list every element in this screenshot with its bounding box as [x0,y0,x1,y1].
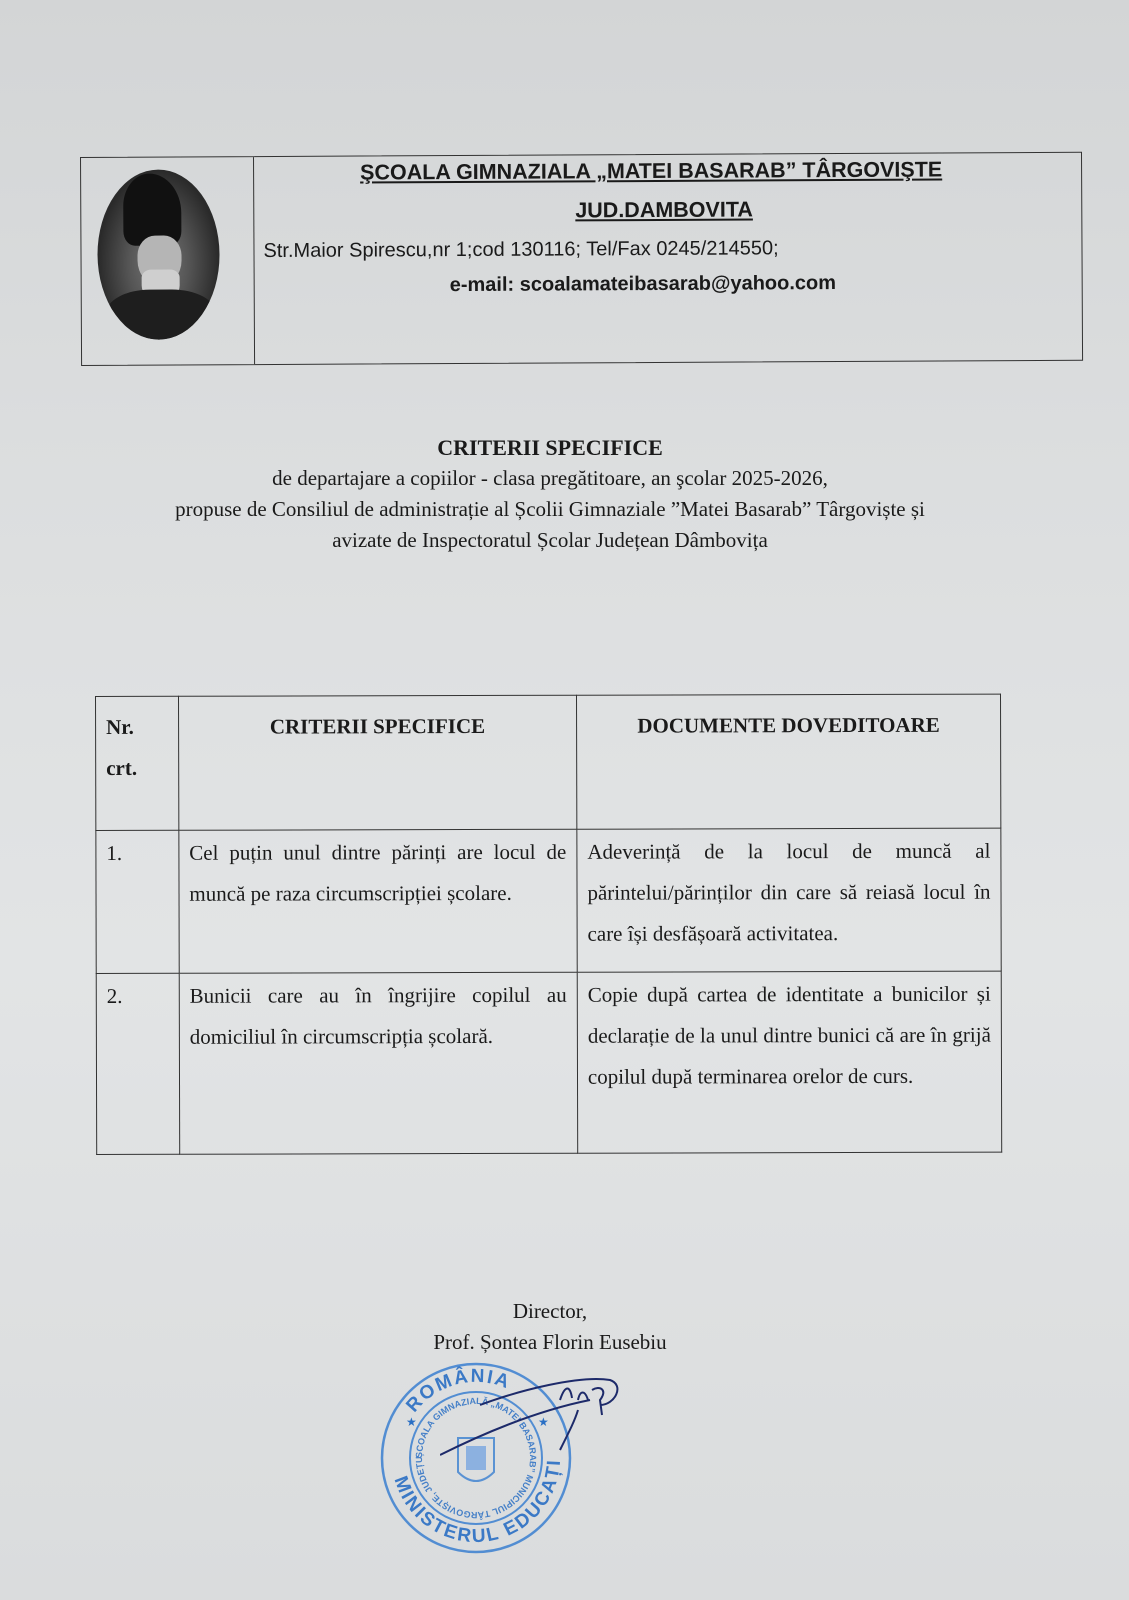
row-criteria: Bunicii care au în îngrijire copilul au … [179,972,578,1154]
letterhead-text: ŞCOALA GIMNAZIALA „MATEI BASARAB” TÂRGOV… [253,153,1082,364]
row-documents: Copie după cartea de identitate a bunici… [577,971,1002,1153]
svg-text:★: ★ [406,1415,417,1429]
title-line-2: propuse de Consiliul de administrație al… [0,494,1100,525]
document-title-block: CRITERII SPECIFICE de departajare a copi… [0,432,1100,556]
signatory-name: Prof. Șontea Florin Eusebiu [0,1327,1100,1358]
title-line-3: avizate de Inspectoratul Școlar Județean… [0,525,1100,556]
column-header-documents: DOCUMENTE DOVEDITOARE [576,694,1000,829]
row-criteria: Cel puțin unul dintre părinți are locul … [179,829,577,973]
document-title: CRITERII SPECIFICE [0,432,1100,463]
table-row: 1. Cel puțin unul dintre părinți are loc… [96,828,1001,973]
title-line-1: de departajare a copiilor - clasa pregăt… [0,463,1100,494]
column-header-nr: Nr. crt. [96,696,179,830]
table-header-row: Nr. crt. CRITERII SPECIFICE DOCUMENTE DO… [96,694,1001,830]
school-letterhead: ŞCOALA GIMNAZIALA „MATEI BASARAB” TÂRGOV… [80,152,1083,366]
signatory-role: Director, [0,1296,1100,1327]
signature-block: Director, Prof. Șontea Florin Eusebiu [0,1296,1100,1358]
logo-cell [81,157,255,365]
county-name: JUD.DAMBOVITA [575,197,753,223]
row-number: 1. [96,830,179,973]
row-number: 2. [96,973,179,1154]
school-email: e-mail: scoalamateibasarab@yahoo.com [450,272,836,297]
criteria-table: Nr. crt. CRITERII SPECIFICE DOCUMENTE DO… [95,694,1002,1155]
portrait-logo-icon [97,169,220,340]
school-name: ŞCOALA GIMNAZIALA „MATEI BASARAB” TÂRGOV… [360,157,942,185]
row-documents: Adeverință de la locul de muncă al părin… [577,828,1001,972]
column-header-criteria: CRITERII SPECIFICE [178,695,576,830]
school-address: Str.Maior Spirescu,nr 1;cod 130116; Tel/… [263,237,778,263]
table-row: 2. Bunicii care au în îngrijire copilul … [96,971,1001,1154]
handwritten-signature-icon [440,1360,640,1470]
